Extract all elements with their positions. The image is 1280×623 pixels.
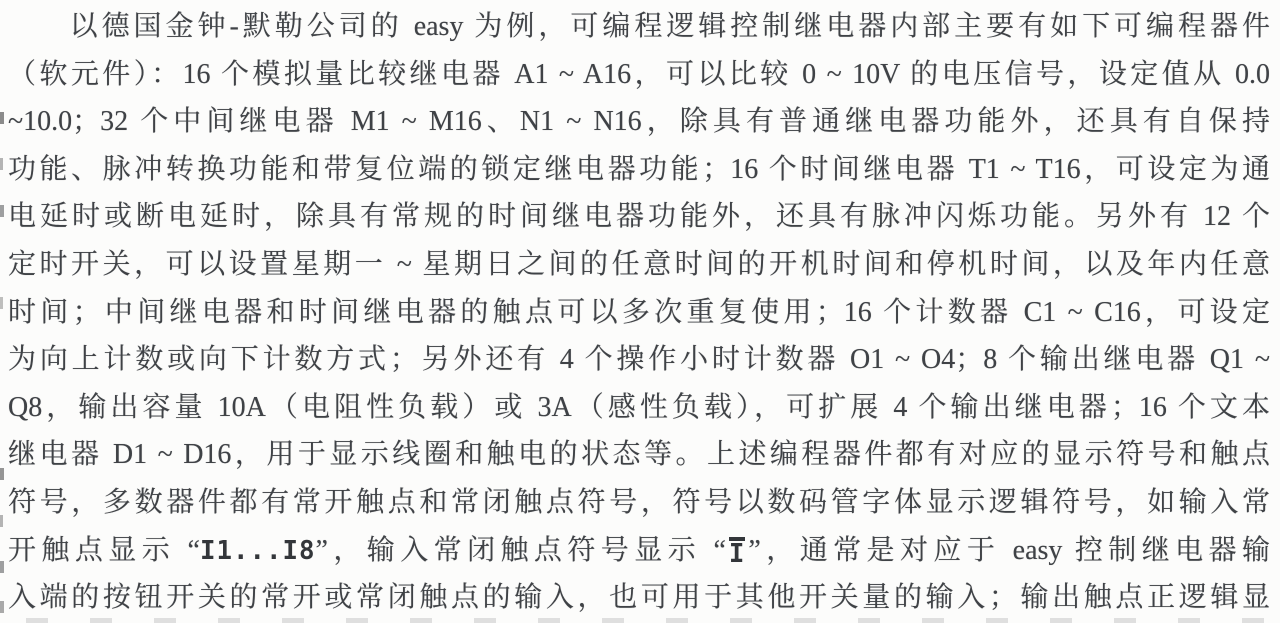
no-contact-digital-symbol: I1...I8 — [200, 536, 316, 566]
text-line-2: （软元件）：16 个模拟量比较继电器 A1 ~ A16，可以比较 0 ~ 10V… — [8, 51, 1270, 99]
text-line-7: 时间；中间继电器和时间继电器的触点可以多次重复使用；16 个计数器 C1 ~ C… — [8, 289, 1270, 337]
text-line-9: Q8，输出容量 10A（电阻性负载）或 3A（感性负载），可扩展 4 个输出继电… — [8, 384, 1270, 432]
text-line-5: 电延时或断电延时，除具有常规的时间继电器功能外，还具有脉冲闪烁功能。另外有 12… — [8, 193, 1270, 241]
text-line-10: 继电器 D1 ~ D16，用于显示线圈和触电的状态等。上述编程器件都有对应的显示… — [8, 431, 1270, 479]
text-line-8: 为向上计数或向下计数方式；另外还有 4 个操作小时计数器 O1 ~ O4；8 个… — [8, 336, 1270, 384]
scan-edge-artifacts — [0, 0, 4, 12]
nc-contact-digital-symbol: I — [729, 537, 746, 566]
document-page: 以德国金钟-默勒公司的 easy 为例，可编程逻辑控制继电器内部主要有如下可编程… — [0, 0, 1280, 623]
text-line-12-with-symbols: 开触点显示 “I1...I8”，输入常闭触点符号显示 “I”，通常是对应于 ea… — [8, 527, 1270, 575]
text-line-6: 定时开关，可以设置星期一 ~ 星期日之间的任意时间的开机时间和停机时间，以及年内… — [8, 241, 1270, 289]
text-line-11: 符号，多数器件都有常开触点和常闭触点符号，符号以数码管字体显示逻辑符号，如输入常 — [8, 479, 1270, 527]
symbol-line-middle: ”，输入常闭触点符号显示 “ — [316, 535, 726, 566]
symbol-line-prefix: 开触点显示 “ — [8, 535, 200, 566]
text-line-1: 以德国金钟-默勒公司的 easy 为例，可编程逻辑控制继电器内部主要有如下可编程… — [8, 3, 1270, 51]
cropped-next-line-smudge — [0, 618, 1280, 623]
text-line-3: ~10.0；32 个中间继电器 M1 ~ M16、N1 ~ N16，除具有普通继… — [8, 98, 1270, 146]
symbol-line-suffix: ”，通常是对应于 easy 控制继电器输 — [748, 535, 1270, 566]
text-line-4: 功能、脉冲转换功能和带复位端的锁定继电器功能；16 个时间继电器 T1 ~ T1… — [8, 146, 1270, 194]
text-line-13: 入端的按钮开关的常开或常闭触点的输入，也可用于其他开关量的输入；输出触点正逻辑显 — [8, 574, 1270, 622]
